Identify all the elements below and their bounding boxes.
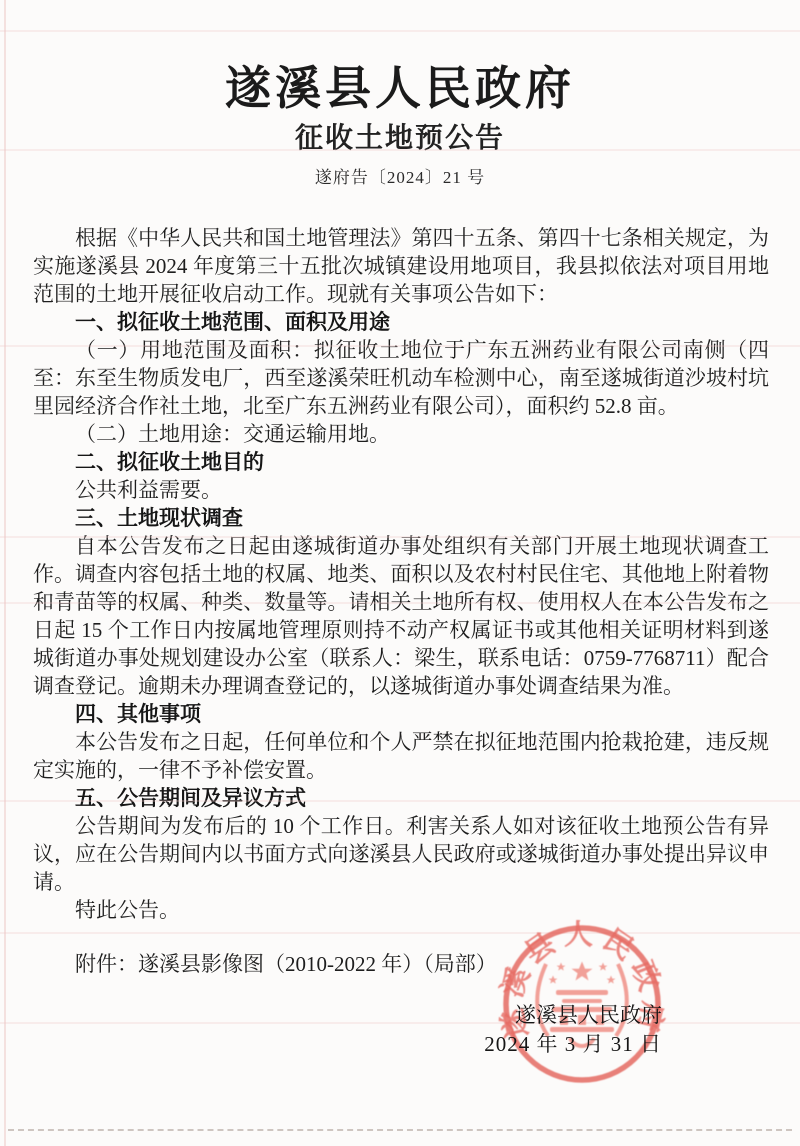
section-heading: 五、公告期间及异议方式 [33, 784, 769, 812]
doc-number: 遂府告〔2024〕21 号 [0, 166, 800, 190]
paragraph: 本公告发布之日起，任何单位和个人严禁在拟征地范围内抢栽抢建，违反规定实施的，一律… [33, 728, 769, 784]
section-heading: 三、土地现状调查 [33, 504, 769, 532]
page-subtitle: 征收土地预公告 [0, 122, 800, 156]
section-heading: 二、拟征收土地目的 [33, 448, 769, 476]
paragraph: 公告期间为发布后的 10 个工作日。利害关系人如对该征收土地预公告有异议，应在公… [33, 812, 769, 896]
paragraph: （二）土地用途：交通运输用地。 [33, 420, 769, 448]
page-title: 遂溪县人民政府 [0, 0, 800, 116]
signature-date: 2024 年 3 月 31 日 [0, 1030, 662, 1059]
scan-artifact-line [0, 932, 800, 934]
scanned-document-page: 遂溪县人民政府 征收土地预公告 遂府告〔2024〕21 号 根据《中华人民共和国… [0, 0, 800, 1146]
paragraph: 根据《中华人民共和国土地管理法》第四十五条、第四十七条相关规定，为实施遂溪县 2… [33, 224, 769, 308]
paragraph: （一）用地范围及面积：拟征收土地位于广东五洲药业有限公司南侧（四至：东至生物质发… [33, 336, 769, 420]
signature-issuer: 遂溪县人民政府 [0, 1001, 662, 1030]
section-heading: 四、其他事项 [33, 700, 769, 728]
document-body: 根据《中华人民共和国土地管理法》第四十五条、第四十七条相关规定，为实施遂溪县 2… [33, 224, 769, 924]
paper-bottom-edge-line [8, 1129, 792, 1131]
section-heading: 一、拟征收土地范围、面积及用途 [33, 308, 769, 336]
paragraph: 自本公告发布之日起由遂城街道办事处组织有关部门开展土地现状调查工作。调查内容包括… [33, 532, 769, 700]
signature-block: 遂溪县人民政府 2024 年 3 月 31 日 [0, 1001, 662, 1059]
paragraph: 公共利益需要。 [33, 476, 769, 504]
